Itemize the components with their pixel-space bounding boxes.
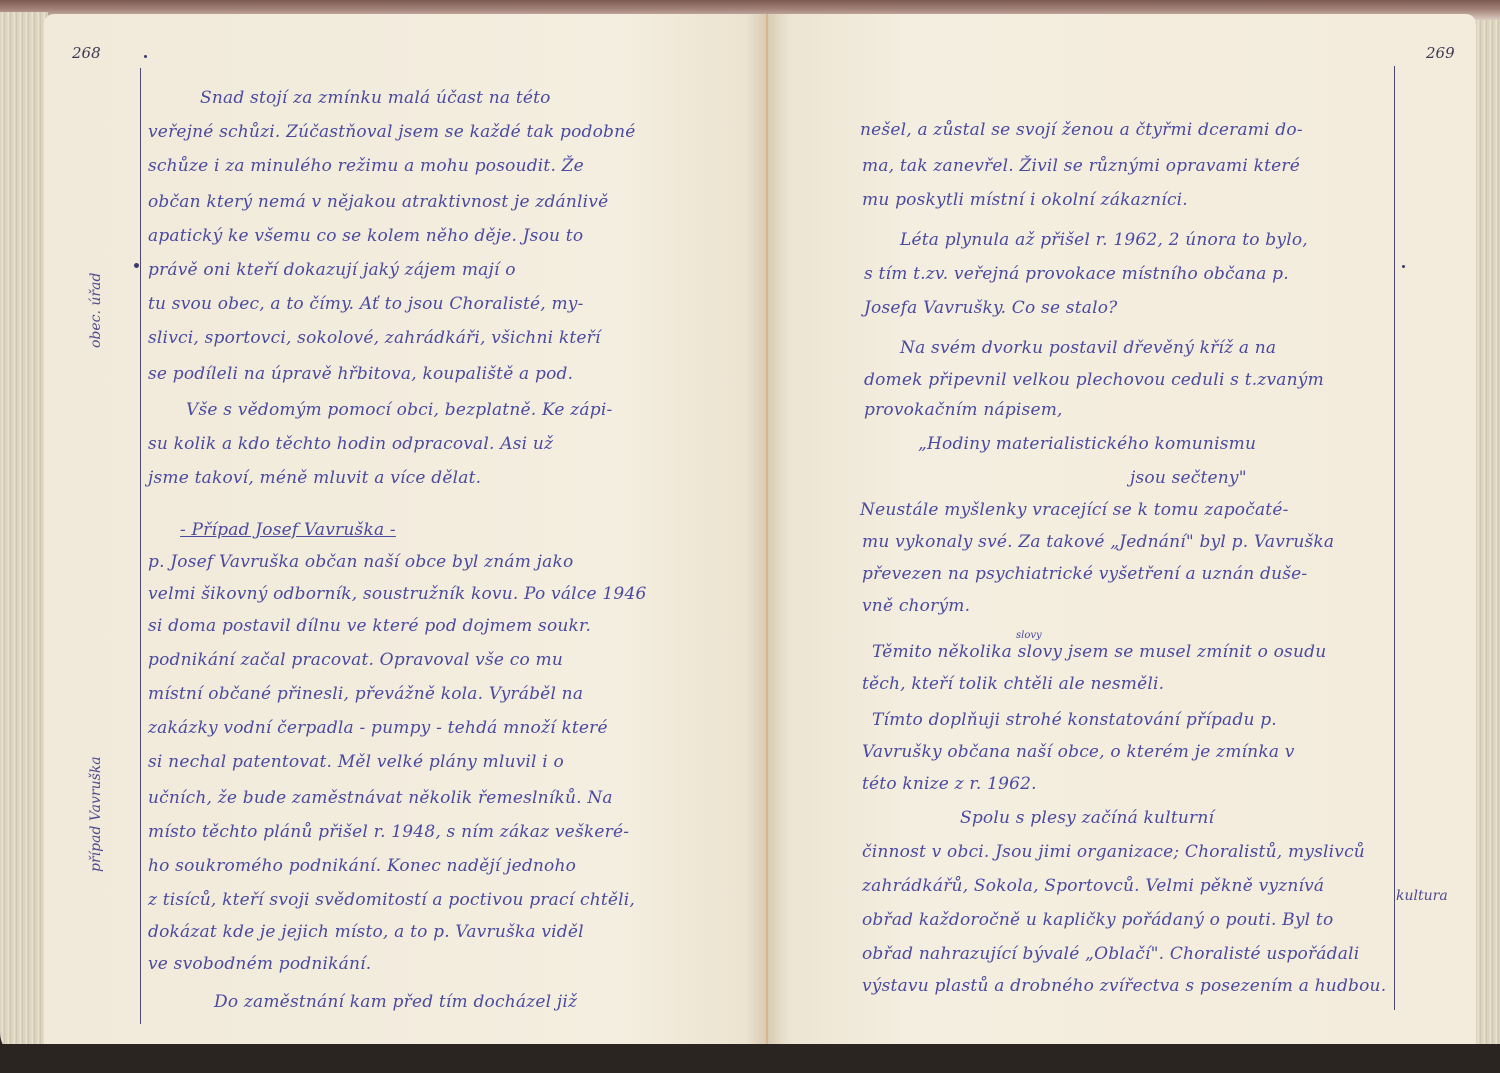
handwritten-line: mu poskytli místní i okolní zákazníci. <box>862 192 1188 209</box>
handwritten-line: místo těchto plánů přišel r. 1948, s ním… <box>148 824 629 841</box>
handwritten-line: se podíleli na úpravě hřbitova, koupališ… <box>148 366 573 383</box>
handwritten-line: ma, tak zanevřel. Živil se různými oprav… <box>862 158 1300 175</box>
margin-note-pripad-vavruska: případ Vavruška <box>88 756 104 872</box>
handwritten-line: Léta plynula až přišel r. 1962, 2 února … <box>900 232 1308 249</box>
handwritten-line: si doma postavil dílnu ve které pod dojm… <box>148 618 591 635</box>
handwritten-line: Tímto doplňuji strohé konstatování přípa… <box>872 712 1277 729</box>
handwritten-line: podnikání začal pracovat. Opravoval vše … <box>148 652 563 669</box>
handwritten-line: Těmito několika slovy jsem se musel zmín… <box>872 644 1326 661</box>
handwritten-line: slivci, sportovci, sokolové, zahrádkáři,… <box>148 330 601 347</box>
handwritten-line: právě oni kteří dokazují jaký zájem mají… <box>148 262 516 279</box>
margin-note-kultura: kultura <box>1396 888 1448 904</box>
handwritten-line: p. Josef Vavruška občan naší obce byl zn… <box>148 554 573 571</box>
handwritten-line: převezen na psychiatrické vyšetření a uz… <box>862 566 1307 583</box>
handwritten-line: nešel, a zůstal se svojí ženou a čtyřmi … <box>860 122 1303 139</box>
handwritten-line: domek připevnil velkou plechovou ceduli … <box>864 372 1324 389</box>
handwritten-line: ho soukromého podnikání. Konec nadějí je… <box>148 858 576 875</box>
handwritten-line: Vavrušky občana naší obce, o kterém je z… <box>862 744 1295 761</box>
handwritten-line: obřad nahrazující bývalé „Oblačí". Chora… <box>862 946 1359 963</box>
quoted-inscription-line-1: „Hodiny materialistického komunismu <box>918 436 1256 453</box>
quoted-inscription-line-2: jsou sečteny" <box>1130 470 1247 487</box>
handwritten-line: provokačním nápisem, <box>864 402 1063 419</box>
handwritten-line: obřad každoročně u kapličky pořádaný o p… <box>862 912 1333 929</box>
handwritten-line: schůze i za minulého režimu a mohu posou… <box>148 158 584 175</box>
handwritten-line: vně chorým. <box>862 598 970 615</box>
handwritten-line: této knize z r. 1962. <box>862 776 1037 793</box>
superscript-insertion: slovy <box>1016 630 1042 641</box>
left-margin-rule <box>140 68 141 1024</box>
handwritten-line: z tisíců, kteří svoji svědomitostí a poc… <box>148 892 635 909</box>
margin-bullet <box>134 263 139 268</box>
handwritten-line: učních, že bude zaměstnávat několik řeme… <box>148 790 613 807</box>
handwritten-line: s tím t.zv. veřejná provokace místního o… <box>864 266 1289 283</box>
handwritten-line: si nechal patentovat. Měl velké plány ml… <box>148 754 564 771</box>
handwritten-line: Na svém dvorku postavil dřevěný kříž a n… <box>900 340 1276 357</box>
margin-dot <box>144 55 147 58</box>
section-heading-pripad-vavruska: - Případ Josef Vavruška - <box>180 522 396 539</box>
left-page-number: 268 <box>72 44 101 62</box>
open-book: 268 obec. úřad případ Vavruška Snad stoj… <box>0 0 1500 1073</box>
handwritten-line: Josefa Vavrušky. Co se stalo? <box>864 300 1118 317</box>
handwritten-line: ve svobodném podnikání. <box>148 956 371 973</box>
right-page-number: 269 <box>1426 44 1455 62</box>
handwritten-line: veřejné schůzi. Zúčastňoval jsem se každ… <box>148 124 636 141</box>
handwritten-line: apatický ke všemu co se kolem něho děje.… <box>148 228 583 245</box>
handwritten-line: tu svou obec, a to čímy. Ať to jsou Chor… <box>148 296 584 313</box>
handwritten-line: mu vykonaly své. Za takové „Jednání" byl… <box>862 534 1334 551</box>
handwritten-line: jsme takoví, méně mluvit a více dělat. <box>148 470 481 487</box>
handwritten-line: výstavu plastů a drobného zvířectva s po… <box>862 978 1386 995</box>
handwritten-line: zahrádkářů, Sokola, Sportovců. Velmi pěk… <box>862 878 1324 895</box>
handwritten-line: velmi šikovný odborník, soustružník kovu… <box>148 586 646 603</box>
handwritten-line: dokázat kde je jejich místo, a to p. Vav… <box>148 924 584 941</box>
right-page-stack <box>1476 20 1500 1050</box>
book-bottom-shadow <box>0 1044 1500 1073</box>
handwritten-line: Do zaměstnání kam před tím docházel již <box>214 994 577 1011</box>
handwritten-line: su kolik a kdo těchto hodin odpracoval. … <box>148 436 553 453</box>
handwritten-line: těch, kteří tolik chtěli ale nesměli. <box>862 676 1164 693</box>
handwritten-line: Spolu s plesy začíná kulturní <box>960 810 1214 827</box>
handwritten-line: občan který nemá v nějakou atraktivnost … <box>148 194 608 211</box>
left-page-stack <box>0 12 48 1062</box>
handwritten-line: Neustále myšlenky vracející se k tomu za… <box>860 502 1289 519</box>
handwritten-line: činnost v obci. Jsou jimi organizace; Ch… <box>862 844 1365 861</box>
margin-dot <box>1402 265 1405 268</box>
margin-note-obec-urad: obec. úřad <box>88 273 104 348</box>
handwritten-line: místní občané přinesli, převážně kola. V… <box>148 686 583 703</box>
handwritten-line: Snad stojí za zmínku malá účast na této <box>200 90 551 107</box>
handwritten-line: Vše s vědomým pomocí obci, bezplatně. Ke… <box>186 402 612 419</box>
right-margin-rule <box>1394 66 1395 1010</box>
handwritten-line: zakázky vodní čerpadla - pumpy - tehdá m… <box>148 720 608 737</box>
